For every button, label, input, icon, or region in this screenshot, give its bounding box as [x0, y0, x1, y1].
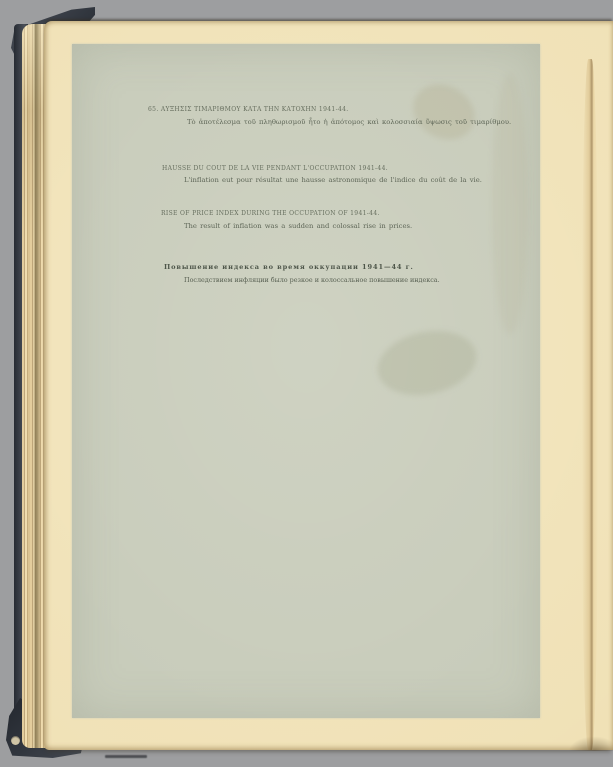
show-through-mark: [404, 74, 485, 150]
atlas-page: 65. ΑΥΞΗΣΙΣ ΤΙΜΑΡΙΘΜΟΥ ΚΑΤΑ ΤΗΝ ΚΑΤΟΧΗΝ …: [44, 21, 613, 750]
caption-greek-heading: 65. ΑΥΞΗΣΙΣ ΤΙΜΑΡΙΘΜΟΥ ΚΑΤΑ ΤΗΝ ΚΑΤΟΧΗΝ …: [148, 106, 349, 113]
page-edge-shadow: [33, 24, 40, 748]
show-through-mark: [492, 74, 528, 334]
caption-english-heading: RISE OF PRICE INDEX DURING THE OCCUPATIO…: [161, 210, 380, 217]
photo-background: 65. ΑΥΞΗΣΙΣ ΤΙΜΑΡΙΘΜΟΥ ΚΑΤΑ ΤΗΝ ΚΑΤΟΧΗΝ …: [0, 0, 613, 767]
catalog-stamp-mark: [105, 755, 147, 758]
caption-russian-subtitle: Последствием инфляции было резкое и коло…: [184, 276, 440, 284]
caption-french-subtitle: L'inflation eut pour résultat une hausse…: [184, 176, 482, 184]
page-gutter-fold: [582, 59, 598, 750]
caption-english-subtitle: The result of inflation was a sudden and…: [184, 222, 412, 230]
cover-rivet: [11, 736, 20, 745]
plate: 65. ΑΥΞΗΣΙΣ ΤΙΜΑΡΙΘΜΟΥ ΚΑΤΑ ΤΗΝ ΚΑΤΟΧΗΝ …: [72, 44, 540, 718]
gutter-bottom-shadow: [564, 721, 613, 751]
show-through-mark: [372, 322, 483, 403]
caption-russian-heading: Повышение индекса во время оккупации 194…: [164, 263, 414, 271]
caption-greek-subtitle: Τὸ ἀποτέλεσμα τοῦ πληθωρισμοῦ ἦτο ἡ ἀπότ…: [187, 118, 511, 126]
caption-french-heading: HAUSSE DU COUT DE LA VIE PENDANT L'OCCUP…: [162, 165, 388, 172]
